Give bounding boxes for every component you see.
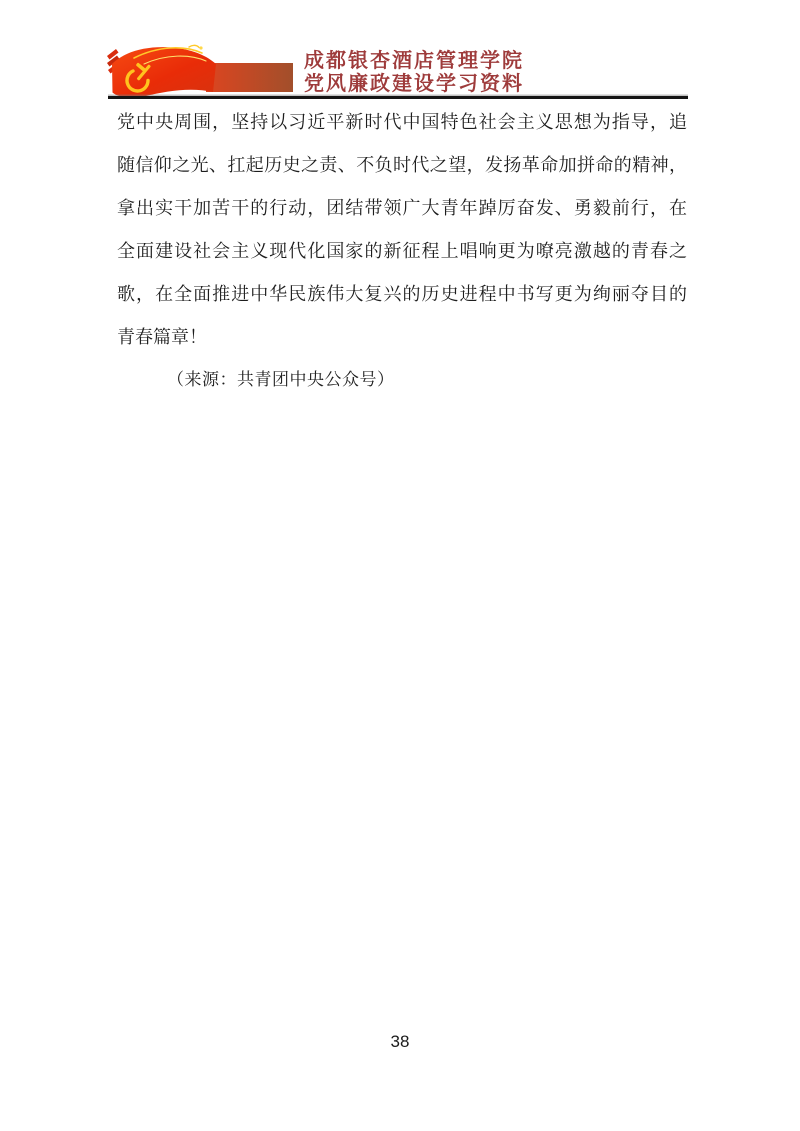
paragraph-line-3: 拿出实干加苦干的行动，团结带领广大青年踔厉奋发、勇毅前行，在 — [117, 187, 687, 230]
body-text: 党中央周围，坚持以习近平新时代中国特色社会主义思想为指导，追 随信仰之光、扛起历… — [117, 101, 687, 402]
page-footer: 38 — [0, 1032, 800, 1052]
header-rule — [108, 96, 688, 99]
paragraph-line-2: 随信仰之光、扛起历史之责、不负时代之望，发扬革命加拼命的精神， — [117, 144, 687, 187]
paragraph-line-4: 全面建设社会主义现代化国家的新征程上唱响更为嘹亮激越的青春之 — [117, 230, 687, 273]
document-page: 成都银杏酒店管理学院 党风廉政建设学习资料 党中央周围，坚持以习近平新时代中国特… — [0, 0, 800, 1131]
paragraph-line-5: 歌，在全面推进中华民族伟大复兴的历史进程中书写更为绚丽夺目的 — [117, 273, 687, 316]
header-title-line1: 成都银杏酒店管理学院 — [304, 49, 524, 72]
source-line: （来源：共青团中央公众号） — [117, 359, 687, 402]
page-number: 38 — [391, 1032, 410, 1051]
gradient-bar — [206, 63, 293, 92]
paragraph-line-6: 青春篇章！ — [117, 316, 687, 359]
paragraph-line-1: 党中央周围，坚持以习近平新时代中国特色社会主义思想为指导，追 — [117, 101, 687, 144]
header-titles: 成都银杏酒店管理学院 党风廉政建设学习资料 — [304, 49, 524, 95]
flag-shape — [112, 47, 216, 97]
party-flag-logo-icon — [106, 44, 293, 100]
header-title-line2: 党风廉政建设学习资料 — [304, 72, 524, 95]
